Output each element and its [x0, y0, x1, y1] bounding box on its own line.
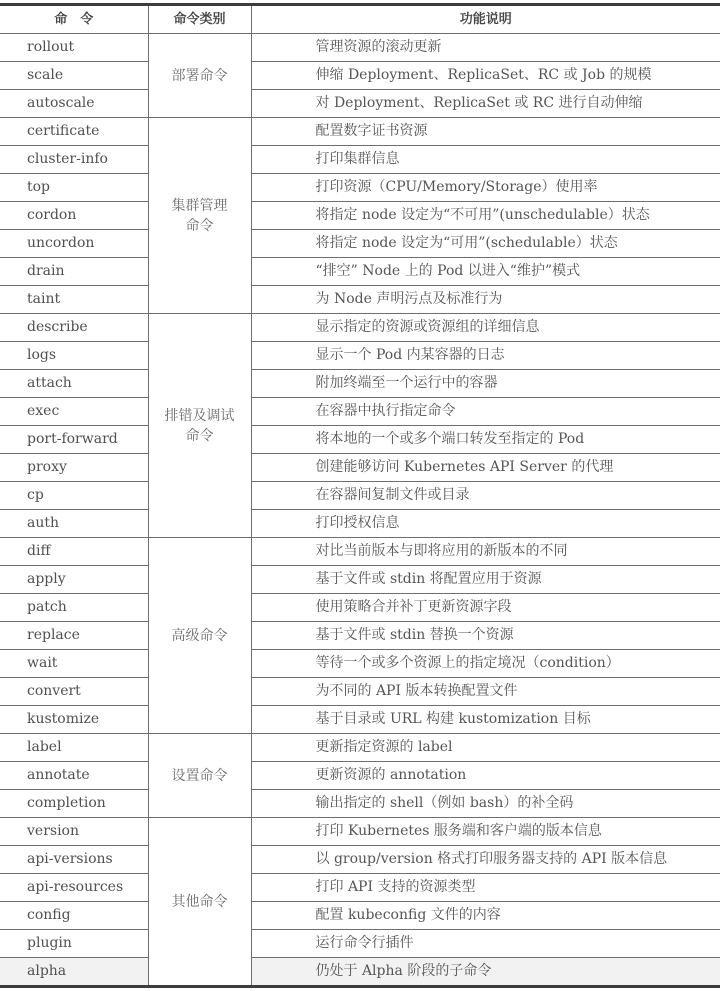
category-cell: 其他命令 [148, 818, 251, 987]
description-cell: 为不同的 API 版本转换配置文件 [251, 678, 720, 706]
description-cell: 基于文件或 stdin 替换一个资源 [251, 622, 720, 650]
description-cell: 为 Node 声明污点及标准行为 [251, 286, 720, 314]
description-cell: “排空” Node 上的 Pod 以进入“维护”模式 [251, 258, 720, 286]
description-cell: 将指定 node 设定为“可用”(schedulable）状态 [251, 230, 720, 258]
table-header-row: 命 令 命令类别 功能说明 [0, 5, 720, 34]
table-row: cordon将指定 node 设定为“不可用”(unschedulable）状态 [0, 202, 720, 230]
table-row: rollout部署命令管理资源的滚动更新 [0, 34, 720, 62]
table-body: rollout部署命令管理资源的滚动更新scale伸缩 Deployment、R… [0, 34, 720, 987]
table-row: alpha仍处于 Alpha 阶段的子命令 [0, 958, 720, 987]
command-cell: patch [0, 594, 148, 622]
command-cell: attach [0, 370, 148, 398]
header-category: 命令类别 [148, 5, 251, 34]
command-cell: kustomize [0, 706, 148, 734]
category-cell: 排错及调试命令 [148, 314, 251, 538]
table-row: config配置 kubeconfig 文件的内容 [0, 902, 720, 930]
description-cell: 附加终端至一个运行中的容器 [251, 370, 720, 398]
category-cell: 集群管理命令 [148, 118, 251, 314]
table-row: attach附加终端至一个运行中的容器 [0, 370, 720, 398]
description-cell: 以 group/version 格式打印服务器支持的 API 版本信息 [251, 846, 720, 874]
command-cell: api-versions [0, 846, 148, 874]
table-row: completion输出指定的 shell（例如 bash）的补全码 [0, 790, 720, 818]
command-cell: taint [0, 286, 148, 314]
table-row: describe排错及调试命令显示指定的资源或资源组的详细信息 [0, 314, 720, 342]
kubectl-command-table: 命 令 命令类别 功能说明 rollout部署命令管理资源的滚动更新scale伸… [0, 3, 720, 988]
description-cell: 将本地的一个或多个端口转发至指定的 Pod [251, 426, 720, 454]
table-row: auth打印授权信息 [0, 510, 720, 538]
table-row: diff高级命令对比当前版本与即将应用的新版本的不同 [0, 538, 720, 566]
description-cell: 打印资源（CPU/Memory/Storage）使用率 [251, 174, 720, 202]
table-row: certificate集群管理命令配置数字证书资源 [0, 118, 720, 146]
description-cell: 等待一个或多个资源上的指定境况（condition） [251, 650, 720, 678]
command-cell: uncordon [0, 230, 148, 258]
command-cell: api-resources [0, 874, 148, 902]
description-cell: 更新资源的 annotation [251, 762, 720, 790]
table-row: version其他命令打印 Kubernetes 服务端和客户端的版本信息 [0, 818, 720, 846]
header-command: 命 令 [0, 5, 148, 34]
command-cell: port-forward [0, 426, 148, 454]
table-row: patch使用策略合并补丁更新资源字段 [0, 594, 720, 622]
table-row: cp在容器间复制文件或目录 [0, 482, 720, 510]
description-cell: 使用策略合并补丁更新资源字段 [251, 594, 720, 622]
command-cell: cp [0, 482, 148, 510]
description-cell: 打印 Kubernetes 服务端和客户端的版本信息 [251, 818, 720, 846]
table-row: kustomize基于目录或 URL 构建 kustomization 目标 [0, 706, 720, 734]
table-row: apply基于文件或 stdin 将配置应用于资源 [0, 566, 720, 594]
table-row: annotate更新资源的 annotation [0, 762, 720, 790]
command-cell: drain [0, 258, 148, 286]
table-row: convert为不同的 API 版本转换配置文件 [0, 678, 720, 706]
table-row: api-versions以 group/version 格式打印服务器支持的 A… [0, 846, 720, 874]
table-row: logs显示一个 Pod 内某容器的日志 [0, 342, 720, 370]
description-cell: 创建能够访问 Kubernetes API Server 的代理 [251, 454, 720, 482]
command-cell: auth [0, 510, 148, 538]
command-cell: diff [0, 538, 148, 566]
table-row: replace基于文件或 stdin 替换一个资源 [0, 622, 720, 650]
description-cell: 将指定 node 设定为“不可用”(unschedulable）状态 [251, 202, 720, 230]
table-row: uncordon将指定 node 设定为“可用”(schedulable）状态 [0, 230, 720, 258]
category-cell: 部署命令 [148, 34, 251, 118]
table-row: wait等待一个或多个资源上的指定境况（condition） [0, 650, 720, 678]
description-cell: 更新指定资源的 label [251, 734, 720, 762]
command-cell: annotate [0, 762, 148, 790]
command-cell: replace [0, 622, 148, 650]
table-row: top打印资源（CPU/Memory/Storage）使用率 [0, 174, 720, 202]
description-cell: 配置 kubeconfig 文件的内容 [251, 902, 720, 930]
description-cell: 输出指定的 shell（例如 bash）的补全码 [251, 790, 720, 818]
command-cell: certificate [0, 118, 148, 146]
command-cell: cluster-info [0, 146, 148, 174]
description-cell: 管理资源的滚动更新 [251, 34, 720, 62]
table-row: scale伸缩 Deployment、ReplicaSet、RC 或 Job 的… [0, 62, 720, 90]
description-cell: 在容器中执行指定命令 [251, 398, 720, 426]
description-cell: 打印集群信息 [251, 146, 720, 174]
table-row: autoscale对 Deployment、ReplicaSet 或 RC 进行… [0, 90, 720, 118]
command-cell: alpha [0, 958, 148, 987]
description-cell: 仍处于 Alpha 阶段的子命令 [251, 958, 720, 987]
description-cell: 在容器间复制文件或目录 [251, 482, 720, 510]
table-row: proxy创建能够访问 Kubernetes API Server 的代理 [0, 454, 720, 482]
command-cell: logs [0, 342, 148, 370]
command-cell: config [0, 902, 148, 930]
command-cell: completion [0, 790, 148, 818]
table-row: drain“排空” Node 上的 Pod 以进入“维护”模式 [0, 258, 720, 286]
command-cell: scale [0, 62, 148, 90]
command-cell: plugin [0, 930, 148, 958]
command-cell: exec [0, 398, 148, 426]
description-cell: 伸缩 Deployment、ReplicaSet、RC 或 Job 的规模 [251, 62, 720, 90]
description-cell: 对比当前版本与即将应用的新版本的不同 [251, 538, 720, 566]
category-cell: 高级命令 [148, 538, 251, 734]
description-cell: 配置数字证书资源 [251, 118, 720, 146]
command-cell: proxy [0, 454, 148, 482]
description-cell: 对 Deployment、ReplicaSet 或 RC 进行自动伸缩 [251, 90, 720, 118]
table-row: exec在容器中执行指定命令 [0, 398, 720, 426]
command-cell: apply [0, 566, 148, 594]
command-cell: label [0, 734, 148, 762]
command-cell: describe [0, 314, 148, 342]
header-description: 功能说明 [251, 5, 720, 34]
table-row: taint为 Node 声明污点及标准行为 [0, 286, 720, 314]
table-row: cluster-info打印集群信息 [0, 146, 720, 174]
table-row: port-forward将本地的一个或多个端口转发至指定的 Pod [0, 426, 720, 454]
description-cell: 打印 API 支持的资源类型 [251, 874, 720, 902]
command-cell: cordon [0, 202, 148, 230]
table-row: api-resources打印 API 支持的资源类型 [0, 874, 720, 902]
description-cell: 基于目录或 URL 构建 kustomization 目标 [251, 706, 720, 734]
command-cell: rollout [0, 34, 148, 62]
description-cell: 显示一个 Pod 内某容器的日志 [251, 342, 720, 370]
command-cell: wait [0, 650, 148, 678]
description-cell: 显示指定的资源或资源组的详细信息 [251, 314, 720, 342]
description-cell: 基于文件或 stdin 将配置应用于资源 [251, 566, 720, 594]
command-cell: autoscale [0, 90, 148, 118]
table-row: label设置命令更新指定资源的 label [0, 734, 720, 762]
description-cell: 运行命令行插件 [251, 930, 720, 958]
category-cell: 设置命令 [148, 734, 251, 818]
table-row: plugin运行命令行插件 [0, 930, 720, 958]
description-cell: 打印授权信息 [251, 510, 720, 538]
command-cell: version [0, 818, 148, 846]
command-cell: top [0, 174, 148, 202]
command-cell: convert [0, 678, 148, 706]
